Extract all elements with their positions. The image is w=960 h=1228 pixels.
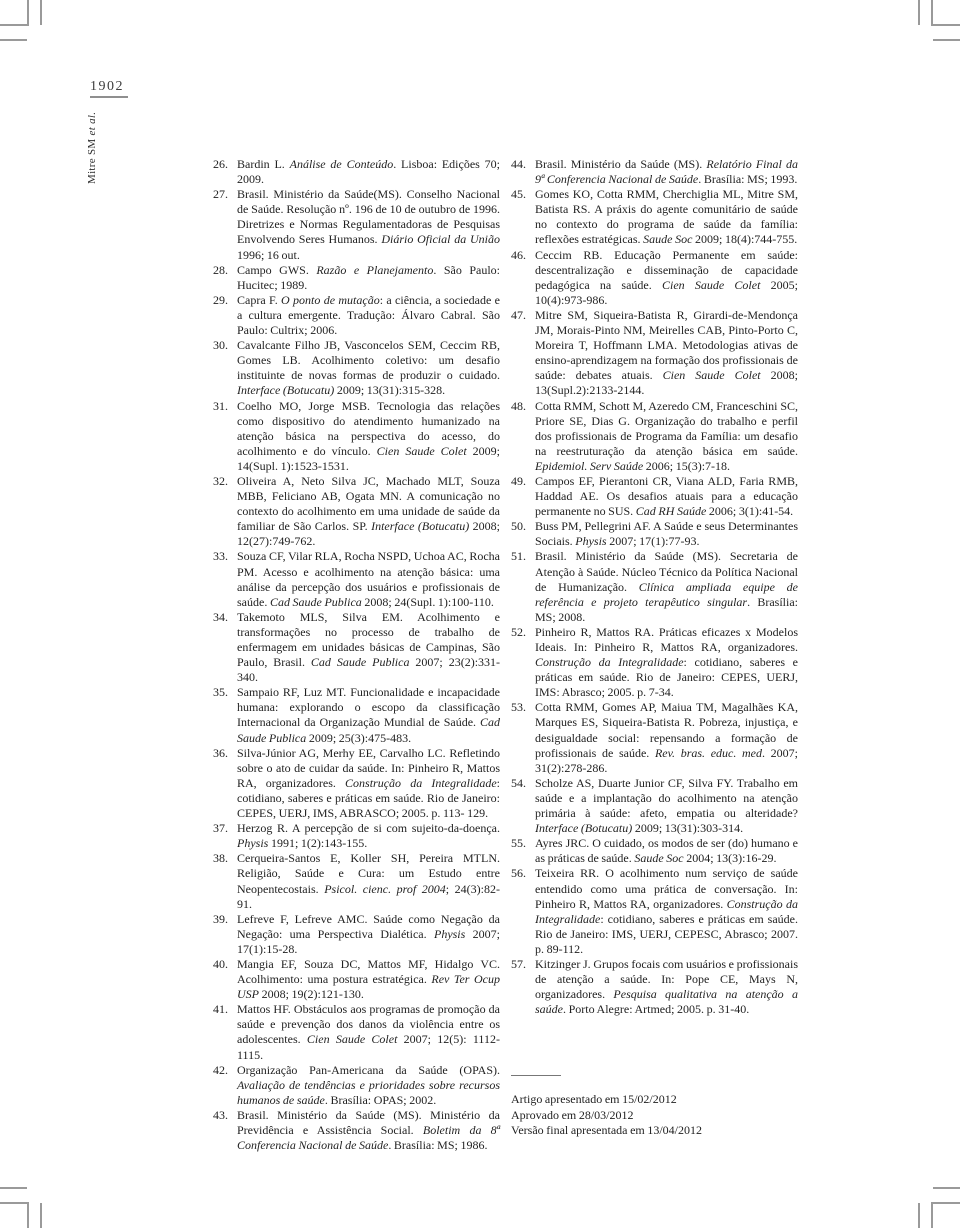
reference-item: 49.Campos EF, Pierantoni CR, Viana ALD, … <box>511 474 798 519</box>
running-author-name: Mitre SM <box>86 135 98 184</box>
reference-text: Brasil. Ministério da Saúde (MS). Minist… <box>237 1108 500 1152</box>
reference-item: 29.Capra F. O ponto de mutação: a ciênci… <box>213 293 500 338</box>
reference-text: Coelho MO, Jorge MSB. Tecnologia das rel… <box>237 399 500 473</box>
reference-text: Cotta RMM, Gomes AP, Maiua TM, Magalhães… <box>535 700 798 774</box>
reference-item: 55.Ayres JRC. O cuidado, os modos de ser… <box>511 836 798 866</box>
reference-item: 35.Sampaio RF, Luz MT. Funcionalidade e … <box>213 685 500 745</box>
reference-text: Ayres JRC. O cuidado, os modos de ser (d… <box>535 836 798 865</box>
footer-approved-line: Aprovado em 28/03/2012 <box>511 1108 798 1124</box>
reference-item: 48.Cotta RMM, Schott M, Azeredo CM, Fran… <box>511 399 798 474</box>
reference-item: 43.Brasil. Ministério da Saúde (MS). Min… <box>213 1108 500 1153</box>
reference-item: 45.Gomes KO, Cotta RMM, Cherchiglia ML, … <box>511 187 798 247</box>
reference-item: 26.Bardin L. Análise de Conteúdo. Lisboa… <box>213 157 500 187</box>
reference-number: 50. <box>511 519 526 534</box>
reference-number: 27. <box>213 187 228 202</box>
reference-text: Oliveira A, Neto Silva JC, Machado MLT, … <box>237 474 500 548</box>
crop-mark <box>933 39 960 41</box>
reference-item: 46.Ceccim RB. Educação Permanente em saú… <box>511 248 798 308</box>
crop-mark <box>931 0 933 25</box>
reference-text: Brasil. Ministério da Saúde (MS). Secret… <box>535 549 798 623</box>
reference-number: 37. <box>213 821 228 836</box>
reference-number: 39. <box>213 912 228 927</box>
reference-text: Cavalcante Filho JB, Vasconcelos SEM, Ce… <box>237 338 500 397</box>
reference-text: Souza CF, Vilar RLA, Rocha NSPD, Uchoa A… <box>237 549 500 608</box>
reference-text: Campos EF, Pierantoni CR, Viana ALD, Far… <box>535 474 798 518</box>
reference-number: 40. <box>213 957 228 972</box>
crop-mark <box>27 1203 29 1228</box>
crop-mark <box>40 0 42 25</box>
crop-mark <box>931 24 960 26</box>
footer-final-version-line: Versão final apresentada em 13/04/2012 <box>511 1123 798 1139</box>
reference-text: Lefreve F, Lefreve AMC. Saúde como Negaç… <box>237 912 500 956</box>
reference-item: 28.Campo GWS. Razão e Planejamento. São … <box>213 263 500 293</box>
crop-mark <box>0 1187 27 1189</box>
reference-number: 32. <box>213 474 228 489</box>
reference-item: 37.Herzog R. A percepção de si com sujei… <box>213 821 500 851</box>
reference-text: Ceccim RB. Educação Permanente em saúde:… <box>535 248 798 307</box>
crop-mark <box>0 1202 29 1204</box>
reference-item: 53.Cotta RMM, Gomes AP, Maiua TM, Magalh… <box>511 700 798 775</box>
crop-mark <box>40 1203 42 1228</box>
reference-item: 41.Mattos HF. Obstáculos aos programas d… <box>213 1002 500 1062</box>
reference-text: Herzog R. A percepção de si com sujeito-… <box>237 821 500 850</box>
reference-number: 48. <box>511 399 526 414</box>
reference-number: 38. <box>213 851 228 866</box>
reference-item: 47.Mitre SM, Siqueira-Batista R, Girardi… <box>511 308 798 399</box>
reference-text: Organização Pan-Americana da Saúde (OPAS… <box>237 1063 500 1107</box>
reference-item: 31.Coelho MO, Jorge MSB. Tecnologia das … <box>213 399 500 474</box>
reference-text: Campo GWS. Razão e Planejamento. São Pau… <box>237 263 500 292</box>
reference-number: 55. <box>511 836 526 851</box>
reference-number: 36. <box>213 746 228 761</box>
reference-text: Cotta RMM, Schott M, Azeredo CM, Frances… <box>535 399 798 473</box>
reference-text: Brasil. Ministério da Saúde(MS). Conselh… <box>237 187 500 261</box>
running-author: Mitre SM et al. <box>86 104 98 184</box>
reference-text: Bardin L. Análise de Conteúdo. Lisboa: E… <box>237 157 500 186</box>
reference-text: Scholze AS, Duarte Junior CF, Silva FY. … <box>535 776 798 835</box>
crop-mark <box>0 39 27 41</box>
reference-text: Buss PM, Pellegrini AF. A Saúde e seus D… <box>535 519 798 548</box>
reference-text: Mattos HF. Obstáculos aos programas de p… <box>237 1002 500 1061</box>
reference-number: 47. <box>511 308 526 323</box>
reference-item: 57.Kitzinger J. Grupos focais com usuári… <box>511 957 798 1017</box>
reference-text: Brasil. Ministério da Saúde (MS). Relató… <box>535 157 798 186</box>
reference-text: Gomes KO, Cotta RMM, Cherchiglia ML, Mit… <box>535 187 798 246</box>
reference-number: 30. <box>213 338 228 353</box>
reference-number: 52. <box>511 625 526 640</box>
reference-item: 51.Brasil. Ministério da Saúde (MS). Sec… <box>511 549 798 624</box>
reference-text: Mangia EF, Souza DC, Mattos MF, Hidalgo … <box>237 957 500 1001</box>
reference-number: 46. <box>511 248 526 263</box>
reference-item: 33.Souza CF, Vilar RLA, Rocha NSPD, Ucho… <box>213 549 500 609</box>
reference-text: Takemoto MLS, Silva EM. Acolhimento e tr… <box>237 610 500 684</box>
reference-text: Silva-Júnior AG, Merhy EE, Carvalho LC. … <box>237 746 500 820</box>
reference-item: 30.Cavalcante Filho JB, Vasconcelos SEM,… <box>213 338 500 398</box>
reference-number: 54. <box>511 776 526 791</box>
reference-item: 40.Mangia EF, Souza DC, Mattos MF, Hidal… <box>213 957 500 1002</box>
crop-mark <box>933 1187 960 1189</box>
running-author-etal: et al. <box>86 112 98 136</box>
reference-text: Teixeira RR. O acolhimento num serviço d… <box>535 866 798 955</box>
references-column-left: 26.Bardin L. Análise de Conteúdo. Lisboa… <box>213 157 500 1153</box>
reference-number: 42. <box>213 1063 228 1078</box>
reference-text: Pinheiro R, Mattos RA. Práticas eficazes… <box>535 625 798 699</box>
reference-item: 52.Pinheiro R, Mattos RA. Práticas efica… <box>511 625 798 700</box>
reference-item: 56.Teixeira RR. O acolhimento num serviç… <box>511 866 798 957</box>
reference-number: 29. <box>213 293 228 308</box>
reference-number: 26. <box>213 157 228 172</box>
reference-number: 34. <box>213 610 228 625</box>
reference-number: 43. <box>213 1108 228 1123</box>
reference-number: 57. <box>511 957 526 972</box>
reference-item: 32.Oliveira A, Neto Silva JC, Machado ML… <box>213 474 500 549</box>
reference-number: 31. <box>213 399 228 414</box>
reference-text: Capra F. O ponto de mutação: a ciência, … <box>237 293 500 337</box>
reference-number: 51. <box>511 549 526 564</box>
reference-item: 36.Silva-Júnior AG, Merhy EE, Carvalho L… <box>213 746 500 821</box>
reference-number: 28. <box>213 263 228 278</box>
reference-number: 33. <box>213 549 228 564</box>
article-page: 1902 Mitre SM et al. 26.Bardin L. Anális… <box>0 0 960 1228</box>
reference-number: 35. <box>213 685 228 700</box>
reference-number: 56. <box>511 866 526 881</box>
article-dates-footer: Artigo apresentado em 15/02/2012 Aprovad… <box>511 1075 798 1139</box>
reference-number: 44. <box>511 157 526 172</box>
references-column-right: 44.Brasil. Ministério da Saúde (MS). Rel… <box>511 157 798 1139</box>
reference-item: 39.Lefreve F, Lefreve AMC. Saúde como Ne… <box>213 912 500 957</box>
reference-text: Kitzinger J. Grupos focais com usuários … <box>535 957 798 1016</box>
page-number-rule <box>90 96 128 98</box>
reference-number: 53. <box>511 700 526 715</box>
reference-item: 38.Cerqueira-Santos E, Koller SH, Pereir… <box>213 851 500 911</box>
crop-mark <box>931 1202 960 1204</box>
crop-mark <box>27 0 29 25</box>
reference-text: Mitre SM, Siqueira-Batista R, Girardi-de… <box>535 308 798 397</box>
footer-submitted-line: Artigo apresentado em 15/02/2012 <box>511 1092 798 1108</box>
reference-item: 44.Brasil. Ministério da Saúde (MS). Rel… <box>511 157 798 187</box>
reference-item: 50.Buss PM, Pellegrini AF. A Saúde e seu… <box>511 519 798 549</box>
reference-item: 34.Takemoto MLS, Silva EM. Acolhimento e… <box>213 610 500 685</box>
crop-mark <box>918 0 920 25</box>
crop-mark <box>931 1203 933 1228</box>
reference-number: 45. <box>511 187 526 202</box>
reference-text: Cerqueira-Santos E, Koller SH, Pereira M… <box>237 851 500 910</box>
footer-rule <box>511 1075 561 1076</box>
reference-item: 42.Organização Pan-Americana da Saúde (O… <box>213 1063 500 1108</box>
crop-mark <box>918 1203 920 1228</box>
references-list-right: 44.Brasil. Ministério da Saúde (MS). Rel… <box>511 157 798 1017</box>
reference-number: 41. <box>213 1002 228 1017</box>
reference-item: 27.Brasil. Ministério da Saúde(MS). Cons… <box>213 187 500 262</box>
crop-mark <box>0 24 29 26</box>
reference-text: Sampaio RF, Luz MT. Funcionalidade e inc… <box>237 685 500 744</box>
page-number: 1902 <box>90 79 124 95</box>
reference-item: 54.Scholze AS, Duarte Junior CF, Silva F… <box>511 776 798 836</box>
reference-number: 49. <box>511 474 526 489</box>
